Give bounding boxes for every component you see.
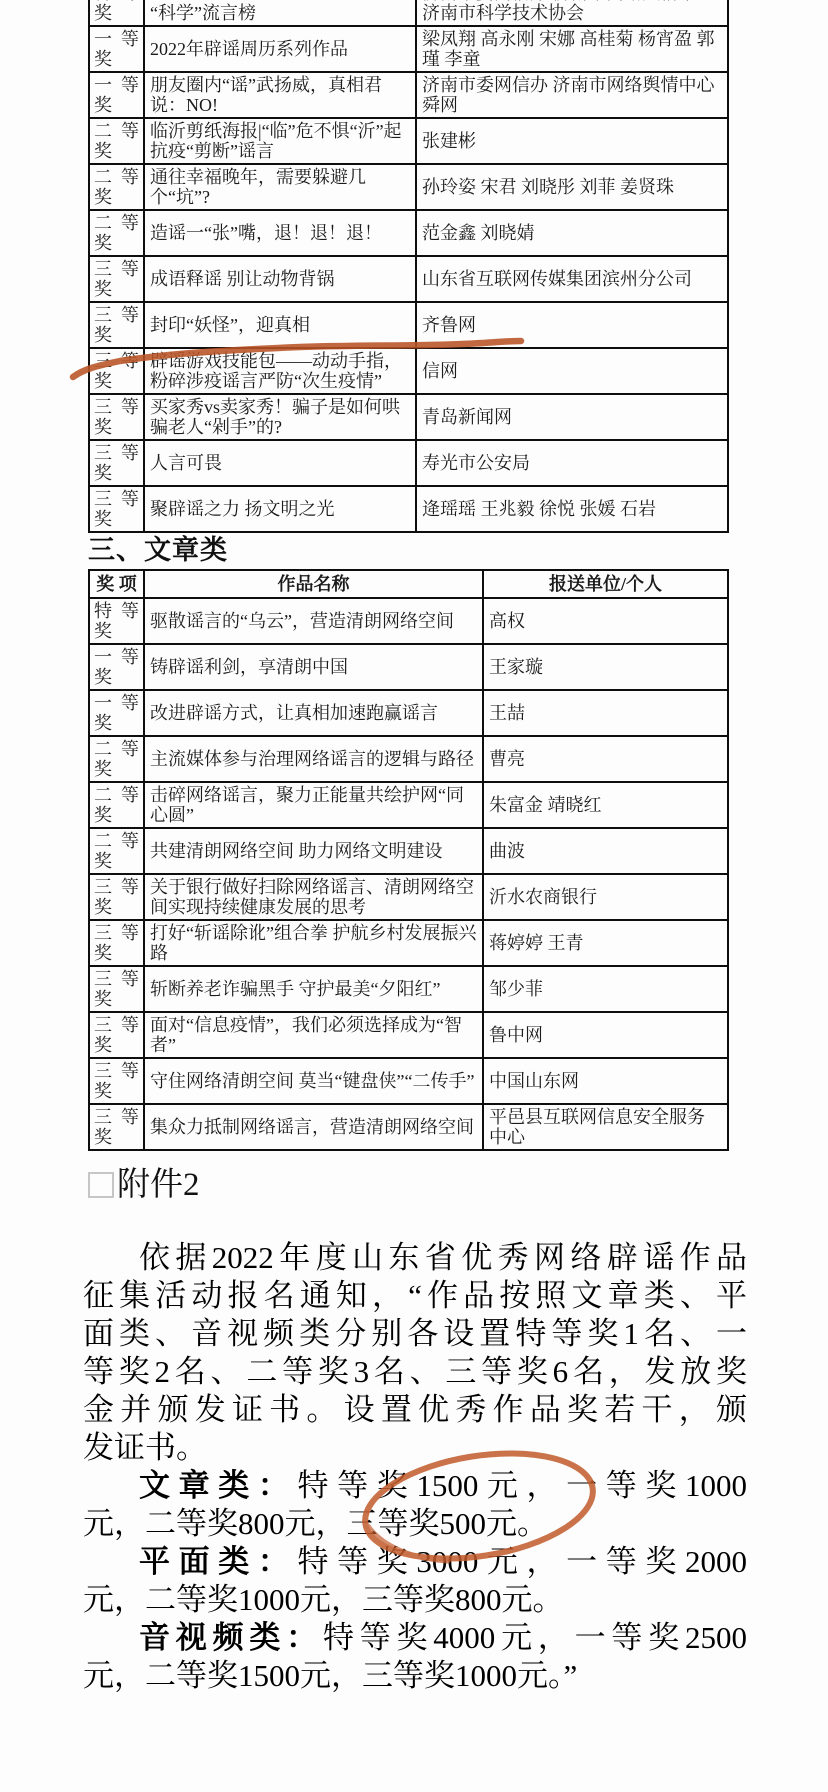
award-suffix-line: 奖: [94, 805, 139, 825]
unit-cell: 蒋婷婷 王青: [484, 921, 727, 965]
title-cell: 驱散谣言的“乌云”，营造清朗网络空间: [145, 599, 484, 643]
unit-cell: 邹少菲: [484, 967, 727, 1011]
document-page: { "doc": { "section3_heading": "三、文章类", …: [0, 0, 828, 1792]
award-cell: 二等奖: [90, 211, 145, 255]
award-grade-line: 一等: [94, 693, 139, 713]
award-grade-line: 二等: [94, 121, 139, 141]
title-cell: “科学”流言榜: [145, 0, 417, 25]
award-cell: 三等奖: [90, 349, 145, 393]
award-cell: 二等奖: [90, 165, 145, 209]
award-grade-line: 三等: [94, 1015, 139, 1035]
award-suffix-line: 奖: [94, 1127, 139, 1147]
award-grade-line: 三等: [94, 969, 139, 989]
title-cell: 临沂剪纸海报|“临”危不惧“沂”起抗疫“剪断”谣言: [145, 119, 417, 163]
award-grade-line: 三等: [94, 877, 139, 897]
award-cell: 特等奖: [90, 599, 145, 643]
paragraph-line: 元，二等奖1500元，三等奖1000元。”: [83, 1657, 747, 1695]
title-cell: 打好“斩谣除讹”组合拳 护航乡村发展振兴路: [145, 921, 484, 965]
unit-cell: 沂水农商银行: [484, 875, 727, 919]
award-suffix-line: 奖: [94, 233, 139, 253]
award-cell: 二等奖: [90, 119, 145, 163]
table-row: 一等奖铸辟谣利剑，享清朗中国王家璇: [90, 645, 727, 691]
table-row: 三等奖打好“斩谣除讹”组合拳 护航乡村发展振兴路蒋婷婷 王青: [90, 921, 727, 967]
award-cell: 三等奖: [90, 1059, 145, 1103]
award-suffix-line: 奖: [94, 897, 139, 917]
unit-cell: 平邑县互联网信息安全服务中心: [484, 1105, 727, 1149]
table-row: 一等奖朋友圈内“谣”武扬威，真相君说：NO!济南市委网信办 济南市网络舆情中心 …: [90, 73, 727, 119]
unit-cell: 曹亮: [484, 737, 727, 781]
table-row: 二等奖共建清朗网络空间 助力网络文明建设曲波: [90, 829, 727, 875]
title-cell: 共建清朗网络空间 助力网络文明建设: [145, 829, 484, 873]
section-heading-articles: 三、文章类: [88, 535, 828, 565]
award-grade-line: 二等: [94, 167, 139, 187]
title-cell: 通往幸福晚年，需要躲避几个“坑”?: [145, 165, 417, 209]
award-suffix-line: 奖: [94, 463, 139, 483]
award-grade-line: 三等: [94, 923, 139, 943]
award-grade-line: 特等: [94, 601, 139, 621]
award-cell: 三等奖: [90, 1105, 145, 1149]
unit-cell: 济南市委网信办 济南市网络舆情中心 济南市科学技术协会: [417, 0, 727, 25]
title-cell: 造谣一“张”嘴，退！退！退！: [145, 211, 417, 255]
unit-cell: 范金鑫 刘晓婧: [417, 211, 727, 255]
award-cell: 三等奖: [90, 967, 145, 1011]
award-cell: 三等奖: [90, 441, 145, 485]
award-cell: 一等奖: [90, 73, 145, 117]
award-grade-line: 三等: [94, 1061, 139, 1081]
award-suffix-line: 奖: [94, 141, 139, 161]
table-row: 三等奖斩断养老诈骗黑手 守护最美“夕阳红”邹少菲: [90, 967, 727, 1013]
table-row: 一等奖2022年辟谣周历系列作品梁凤翔 高永刚 宋娜 高桂菊 杨宵盈 郭瑾 李童: [90, 27, 727, 73]
award-grade-line: 二等: [94, 213, 139, 233]
title-cell: 铸辟谣利剑，享清朗中国: [145, 645, 484, 689]
unit-cell: 张建彬: [417, 119, 727, 163]
title-cell: 击碎网络谣言，聚力正能量共绘护网“同心圆”: [145, 783, 484, 827]
unit-cell: 青岛新闻网: [417, 395, 727, 439]
title-cell: 2022年辟谣周历系列作品: [145, 27, 417, 71]
table-row: 三等奖买家秀vs卖家秀！骗子是如何哄骗老人“剁手”的?青岛新闻网: [90, 395, 727, 441]
table-row: 三等奖关于银行做好扫除网络谣言、清朗网络空间实现持续健康发展的思考沂水农商银行: [90, 875, 727, 921]
unit-cell: 山东省互联网传媒集团滨州分公司: [417, 257, 727, 301]
award-suffix-line: 奖: [94, 49, 139, 69]
award-grade-line: 三等: [94, 305, 139, 325]
award-suffix-line: 奖: [94, 1035, 139, 1055]
award-cell: 一等奖: [90, 27, 145, 71]
paragraph-line: 依据2022年度山东省优秀网络辟谣作品: [83, 1239, 747, 1277]
award-suffix-line: 奖: [94, 851, 139, 871]
table-header-row: 奖 项作品名称报送单位/个人: [90, 571, 727, 599]
paragraph-line: 等奖2名、二等奖3名、三等奖6名，发放奖: [83, 1353, 747, 1391]
title-cell: 聚辟谣之力 扬文明之光: [145, 487, 417, 531]
award-cell: 一等奖: [90, 645, 145, 689]
award-cell: 三等奖: [90, 921, 145, 965]
table-row: 三等奖封印“妖怪”，迎真相齐鲁网: [90, 303, 727, 349]
article-works-table: 奖 项作品名称报送单位/个人特等奖驱散谣言的“乌云”，营造清朗网络空间高权一等奖…: [88, 569, 729, 1151]
attachment-label: 附件2: [117, 1165, 200, 1205]
award-grade-line: 三等: [94, 259, 139, 279]
award-cell: 特等奖: [90, 0, 145, 25]
table-row: 二等奖击碎网络谣言，聚力正能量共绘护网“同心圆”朱富金 靖晓红: [90, 783, 727, 829]
unit-cell: 鲁中网: [484, 1013, 727, 1057]
table-row: 二等奖通往幸福晚年，需要躲避几个“坑”?孙玲姿 宋君 刘晓彤 刘菲 姜贤珠: [90, 165, 727, 211]
unit-cell: 高权: [484, 599, 727, 643]
unit-cell: 济南市委网信办 济南市网络舆情中心 舜网: [417, 73, 727, 117]
table-row: 三等奖聚辟谣之力 扬文明之光逄瑶瑶 王兆毅 徐悦 张媛 石岩: [90, 487, 727, 533]
table-row: 三等奖成语释谣 别让动物背锅山东省互联网传媒集团滨州分公司: [90, 257, 727, 303]
table-row: 二等奖临沂剪纸海报|“临”危不惧“沂”起抗疫“剪断”谣言张建彬: [90, 119, 727, 165]
title-cell: 成语释谣 别让动物背锅: [145, 257, 417, 301]
award-suffix-line: 奖: [94, 667, 139, 687]
award-suffix-line: 奖: [94, 713, 139, 733]
award-grade-line: 三等: [94, 489, 139, 509]
unit-cell: 王家璇: [484, 645, 727, 689]
header-cell: 奖 项: [90, 571, 145, 597]
title-cell: 改进辟谣方式，让真相加速跑赢谣言: [145, 691, 484, 735]
paragraph-line: 元，二等奖1000元，三等奖800元。: [83, 1581, 747, 1619]
award-suffix-line: 奖: [94, 1081, 139, 1101]
header-cell: 报送单位/个人: [484, 571, 727, 597]
unit-cell: 逄瑶瑶 王兆毅 徐悦 张媛 石岩: [417, 487, 727, 531]
title-cell: 面对“信息疫情”，我们必须选择成为“智者”: [145, 1013, 484, 1057]
unit-cell: 梁凤翔 高永刚 宋娜 高桂菊 杨宵盈 郭瑾 李童: [417, 27, 727, 71]
title-cell: 斩断养老诈骗黑手 守护最美“夕阳红”: [145, 967, 484, 1011]
title-cell: 集众力抵制网络谣言，营造清朗网络空间: [145, 1105, 484, 1149]
title-cell: 封印“妖怪”，迎真相: [145, 303, 417, 347]
award-cell: 二等奖: [90, 737, 145, 781]
award-suffix-line: 奖: [94, 279, 139, 299]
award-grade-line: 一等: [94, 647, 139, 667]
paragraph-line: 面类、音视频类分别各设置特等奖1名、一: [83, 1315, 747, 1353]
paragraph-line: 征集活动报名通知，“作品按照文章类、平: [83, 1277, 747, 1315]
title-cell: 辟谣游戏技能包——动动手指，粉碎涉疫谣言严防“次生疫情”: [145, 349, 417, 393]
award-suffix-line: 奖: [94, 325, 139, 345]
award-grade-line: 二等: [94, 785, 139, 805]
award-grade-line: 二等: [94, 739, 139, 759]
award-grade-line: 一等: [94, 75, 139, 95]
award-cell: 二等奖: [90, 783, 145, 827]
award-cell: 三等奖: [90, 875, 145, 919]
award-cell: 三等奖: [90, 257, 145, 301]
title-cell: 人言可畏: [145, 441, 417, 485]
unit-cell: 曲波: [484, 829, 727, 873]
unit-cell: 寿光市公安局: [417, 441, 727, 485]
table-row: 三等奖面对“信息疫情”，我们必须选择成为“智者”鲁中网: [90, 1013, 727, 1059]
table-row: 特等奖驱散谣言的“乌云”，营造清朗网络空间高权: [90, 599, 727, 645]
unit-cell: 齐鲁网: [417, 303, 727, 347]
paragraph-line: 平面类：特等奖3000元，一等奖2000: [83, 1543, 747, 1581]
award-grade-line: 三等: [94, 351, 139, 371]
paragraph-line: 音视频类：特等奖4000元，一等奖2500: [83, 1619, 747, 1657]
award-grade-line: 三等: [94, 397, 139, 417]
award-grade-line: 一等: [94, 29, 139, 49]
award-suffix-line: 奖: [94, 187, 139, 207]
unit-cell: 信网: [417, 349, 727, 393]
award-suffix-line: 奖: [94, 989, 139, 1009]
paragraph-line: 金并颁发证书。设置优秀作品奖若干，颁: [83, 1391, 747, 1429]
title-cell: 买家秀vs卖家秀！骗子是如何哄骗老人“剁手”的?: [145, 395, 417, 439]
table-row: 三等奖辟谣游戏技能包——动动手指，粉碎涉疫谣言严防“次生疫情”信网: [90, 349, 727, 395]
award-suffix-line: 奖: [94, 943, 139, 963]
unit-cell: 朱富金 靖晓红: [484, 783, 727, 827]
award-suffix-line: 奖: [94, 759, 139, 779]
plane-works-table: 特等奖“科学”流言榜济南市委网信办 济南市网络舆情中心 济南市科学技术协会一等奖…: [88, 0, 729, 533]
unit-cell: 中国山东网: [484, 1059, 727, 1103]
title-cell: 主流媒体参与治理网络谣言的逻辑与路径: [145, 737, 484, 781]
award-grade-line: 二等: [94, 831, 139, 851]
award-suffix-line: 奖: [94, 3, 139, 23]
table-row: 一等奖改进辟谣方式，让真相加速跑赢谣言王喆: [90, 691, 727, 737]
table-row: 特等奖“科学”流言榜济南市委网信办 济南市网络舆情中心 济南市科学技术协会: [90, 0, 727, 27]
attachment-2-line: 附件2: [88, 1165, 828, 1205]
award-grade-line: 三等: [94, 443, 139, 463]
unit-cell: 孙玲姿 宋君 刘晓彤 刘菲 姜贤珠: [417, 165, 727, 209]
paragraph-line: 元，二等奖800元，三等奖500元。: [83, 1505, 747, 1543]
paragraph-line: 发证书。: [83, 1429, 747, 1467]
title-cell: 关于银行做好扫除网络谣言、清朗网络空间实现持续健康发展的思考: [145, 875, 484, 919]
award-cell: 三等奖: [90, 487, 145, 531]
award-cell: 二等奖: [90, 829, 145, 873]
table-row: 二等奖主流媒体参与治理网络谣言的逻辑与路径曹亮: [90, 737, 727, 783]
header-cell: 作品名称: [145, 571, 484, 597]
table-row: 三等奖集众力抵制网络谣言，营造清朗网络空间平邑县互联网信息安全服务中心: [90, 1105, 727, 1151]
award-suffix-line: 奖: [94, 509, 139, 529]
award-cell: 三等奖: [90, 303, 145, 347]
table-row: 三等奖守住网络清朗空间 莫当“键盘侠”“二传手”中国山东网: [90, 1059, 727, 1105]
missing-glyph-box-icon: [88, 1172, 114, 1198]
award-suffix-line: 奖: [94, 95, 139, 115]
title-cell: 朋友圈内“谣”武扬威，真相君说：NO!: [145, 73, 417, 117]
award-suffix-line: 奖: [94, 621, 139, 641]
award-grade-line: 三等: [94, 1107, 139, 1127]
award-cell: 三等奖: [90, 1013, 145, 1057]
table-row: 二等奖造谣一“张”嘴，退！退！退！范金鑫 刘晓婧: [90, 211, 727, 257]
unit-cell: 王喆: [484, 691, 727, 735]
award-suffix-line: 奖: [94, 417, 139, 437]
title-cell: 守住网络清朗空间 莫当“键盘侠”“二传手”: [145, 1059, 484, 1103]
award-cell: 三等奖: [90, 395, 145, 439]
notice-paragraphs: 依据2022年度山东省优秀网络辟谣作品征集活动报名通知，“作品按照文章类、平面类…: [83, 1239, 747, 1695]
table-row: 三等奖人言可畏寿光市公安局: [90, 441, 727, 487]
award-cell: 一等奖: [90, 691, 145, 735]
paragraph-line: 文章类：特等奖1500元，一等奖1000: [83, 1467, 747, 1505]
award-suffix-line: 奖: [94, 371, 139, 391]
